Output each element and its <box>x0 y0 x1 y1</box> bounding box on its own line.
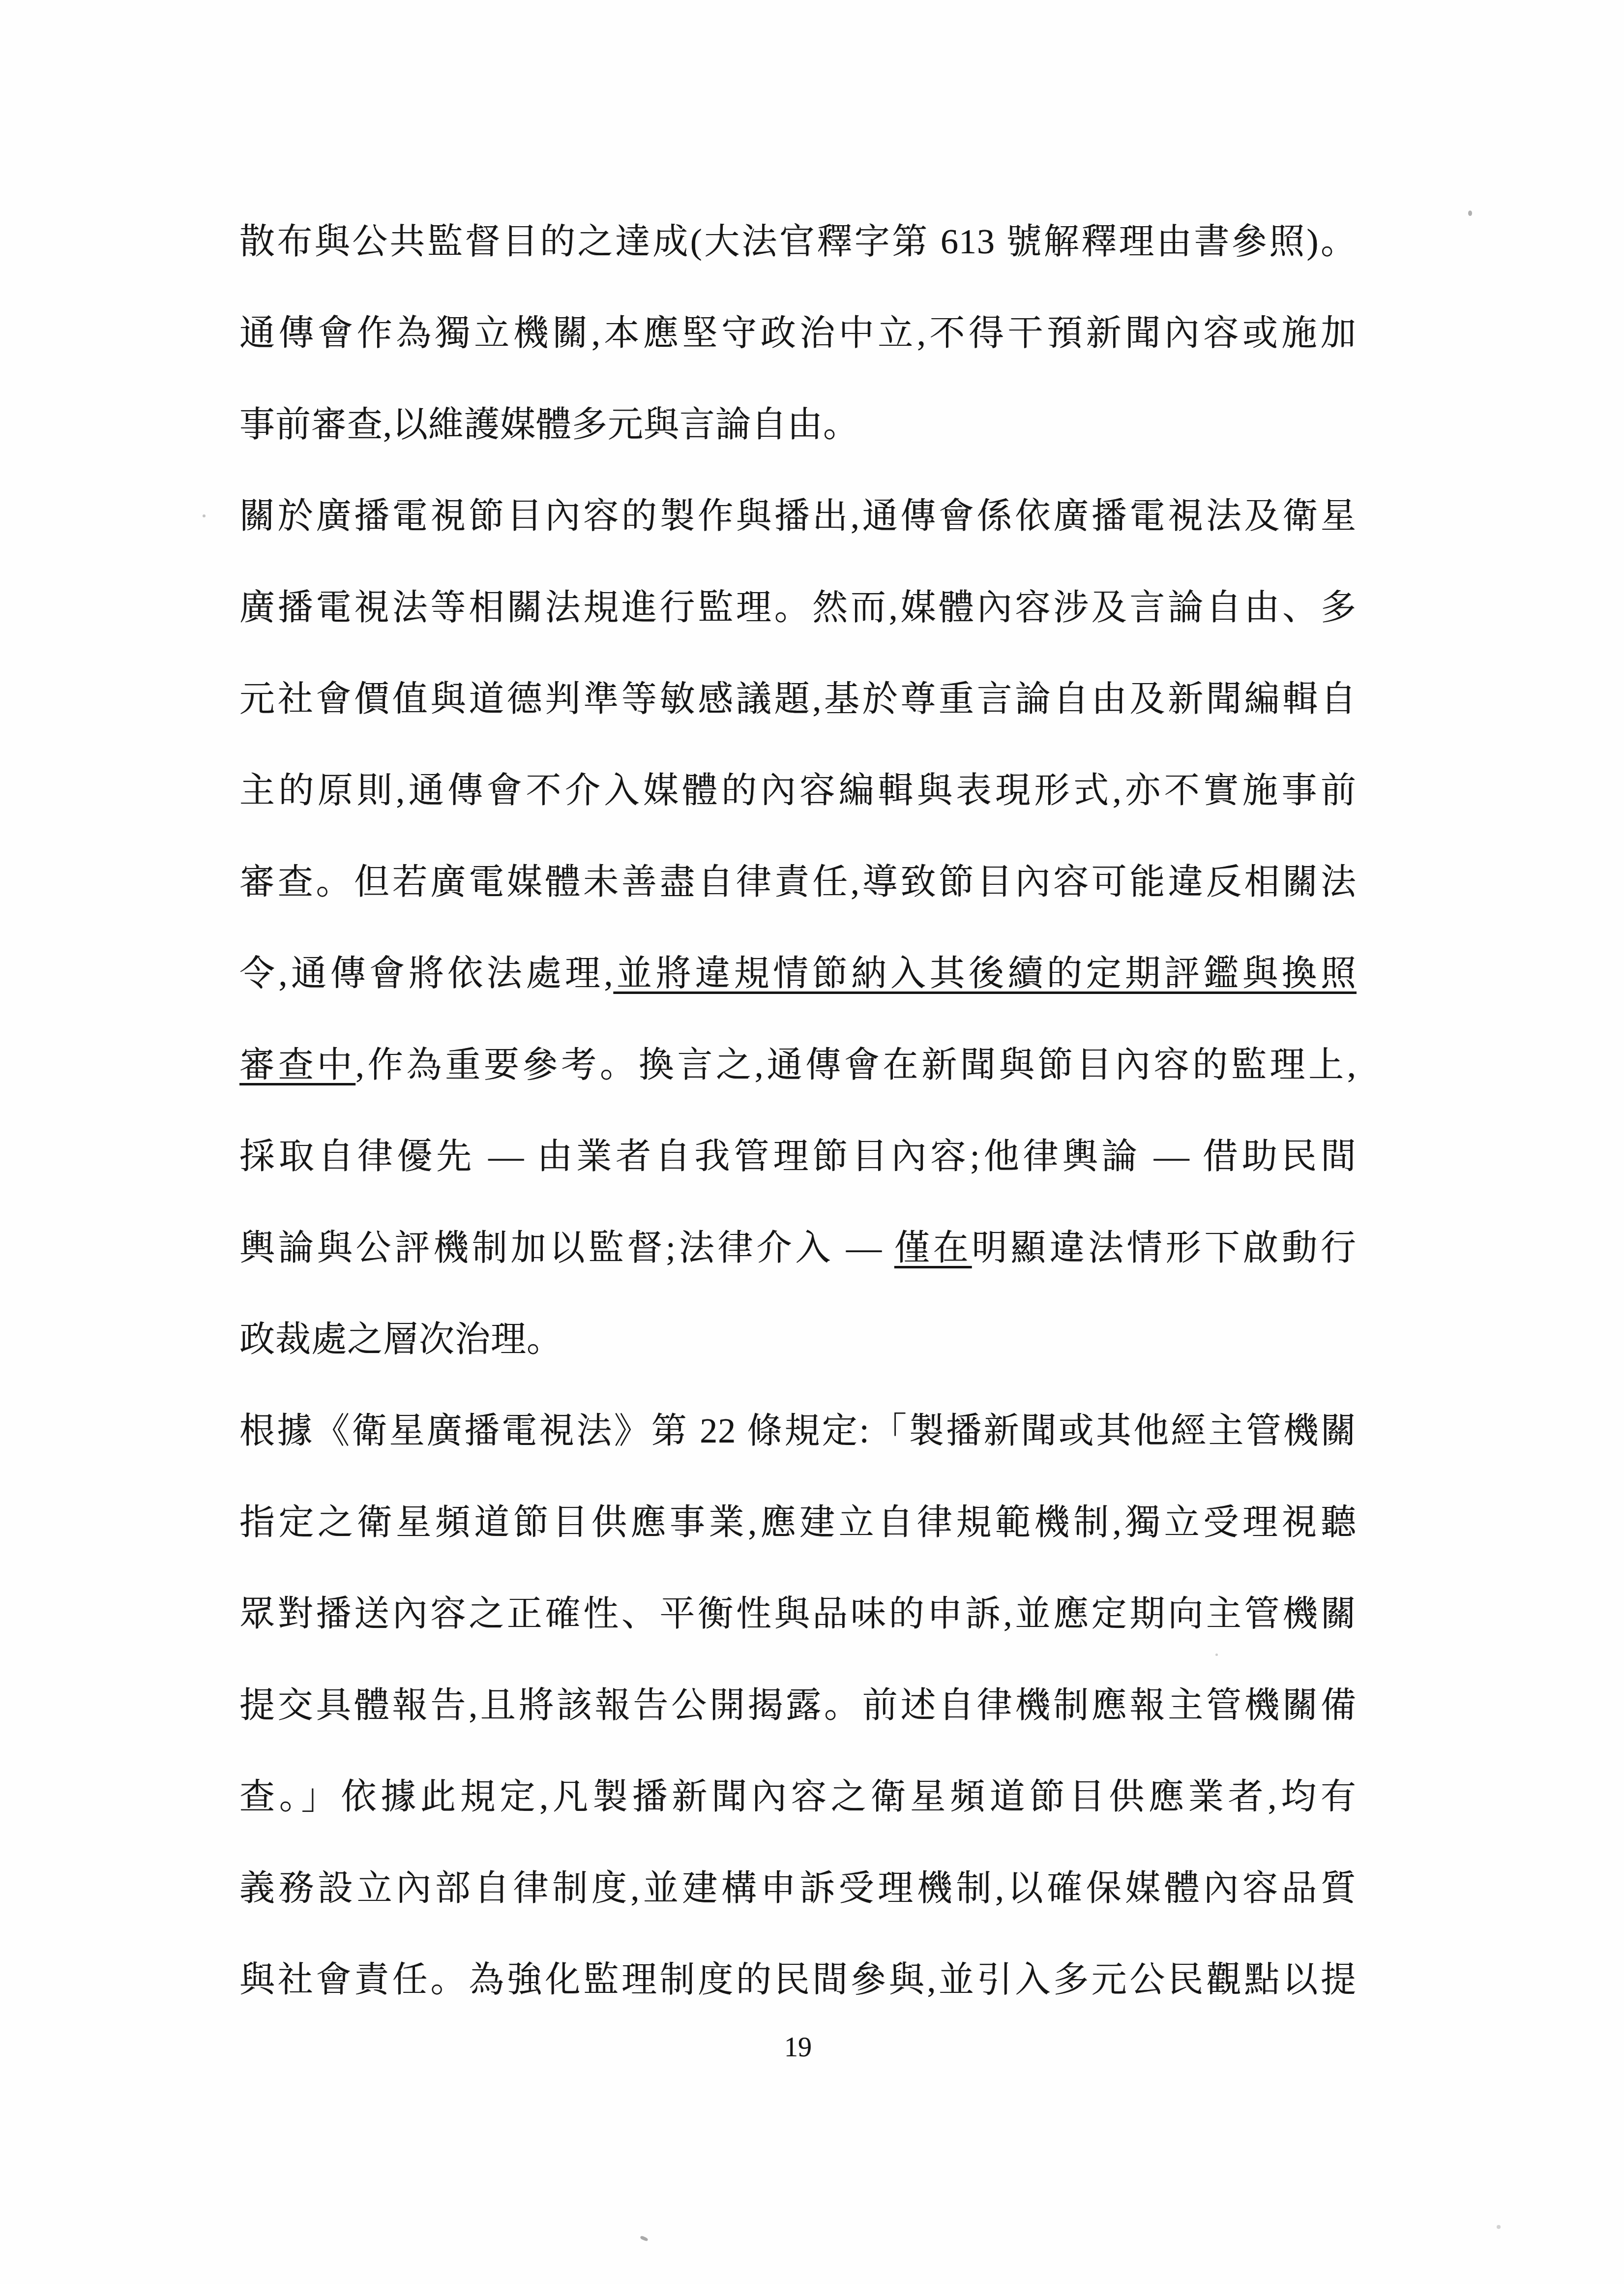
page-number: 19 <box>239 2025 1357 2070</box>
text-segment: 眾對播送內容之正確性、平衡性與品味的申訴,並應定期向主管機關 <box>239 1594 1357 1633</box>
text-segment: 指定之衛星頻道節目供應事業,應建立自律規範機制,獨立受理視聽 <box>239 1503 1357 1542</box>
text-line-2: 通傳會作為獨立機關,本應堅守政治中立,不得干預新聞內容或施加 <box>239 287 1357 379</box>
text-segment: 明顯違法情形下啟動行 <box>972 1228 1357 1267</box>
underlined-text: 審查中 <box>239 1045 355 1084</box>
underlined-text: 並將違規情節納入其後續的定期評鑑與換照 <box>614 954 1357 993</box>
scan-speck <box>640 2235 648 2242</box>
text-segment: 關於廣播電視節目內容的製作與播出,通傳會係依廣播電視法及衛星 <box>239 496 1357 536</box>
text-line-6: 元社會價值與道德判準等敏感議題,基於尊重言論自由及新聞編輯自 <box>239 653 1357 745</box>
document-page: 散布與公共監督目的之達成(大法官釋字第 613 號解釋理由書參照)。通傳會作為獨… <box>0 0 1624 2284</box>
text-line-19: 義務設立內部自律制度,並建構申訴受理機制,以確保媒體內容品質 <box>239 1842 1357 1934</box>
text-line-16: 眾對播送內容之正確性、平衡性與品味的申訴,並應定期向主管機關 <box>239 1568 1357 1659</box>
text-segment: 廣播電視法等相關法規進行監理。然而,媒體內容涉及言論自由、多 <box>239 588 1357 627</box>
scan-speck <box>1468 210 1472 216</box>
text-line-15: 指定之衛星頻道節目供應事業,應建立自律規範機制,獨立受理視聽 <box>239 1476 1357 1568</box>
text-segment: 事前審查,以維護媒體多元與言論自由。 <box>239 405 859 444</box>
text-segment: 主的原則,通傳會不介入媒體的內容編輯與表現形式,亦不實施事前 <box>239 771 1357 810</box>
text-segment: 政裁處之層次治理。 <box>239 1320 562 1359</box>
text-segment: 通傳會作為獨立機關,本應堅守政治中立,不得干預新聞內容或施加 <box>239 313 1357 353</box>
text-block: 散布與公共監督目的之達成(大法官釋字第 613 號解釋理由書參照)。通傳會作為獨… <box>239 196 1357 2025</box>
text-line-1: 散布與公共監督目的之達成(大法官釋字第 613 號解釋理由書參照)。 <box>239 196 1357 287</box>
scan-speck <box>1497 2225 1501 2229</box>
text-segment: 審查。但若廣電媒體未善盡自律責任,導致節目內容可能違反相關法 <box>239 862 1357 902</box>
scan-speck <box>203 514 206 517</box>
text-segment: 根據《衛星廣播電視法》第 22 條規定:「製播新聞或其他經主管機關 <box>239 1411 1357 1450</box>
text-line-18: 查。」依據此規定,凡製播新聞內容之衛星頻道節目供應業者,均有 <box>239 1751 1357 1842</box>
text-line-11: 採取自律優先 — 由業者自我管理節目內容;他律輿論 — 借助民間 <box>239 1111 1357 1202</box>
text-line-3: 事前審查,以維護媒體多元與言論自由。 <box>239 379 1357 470</box>
text-segment: 提交具體報告,且將該報告公開揭露。前述自律機制應報主管機關備 <box>239 1685 1357 1725</box>
text-line-12: 輿論與公評機制加以監督;法律介入 — 僅在明顯違法情形下啟動行 <box>239 1202 1357 1293</box>
text-line-9: 令,通傳會將依法處理,並將違規情節納入其後續的定期評鑑與換照 <box>239 928 1357 1019</box>
text-line-20: 與社會責任。為強化監理制度的民間參與,並引入多元公民觀點以提 <box>239 1934 1357 2025</box>
text-segment: 義務設立內部自律制度,並建構申訴受理機制,以確保媒體內容品質 <box>239 1868 1357 1908</box>
text-line-13: 政裁處之層次治理。 <box>239 1293 1357 1385</box>
text-line-7: 主的原則,通傳會不介入媒體的內容編輯與表現形式,亦不實施事前 <box>239 745 1357 836</box>
text-line-17: 提交具體報告,且將該報告公開揭露。前述自律機制應報主管機關備 <box>239 1659 1357 1751</box>
text-segment: 查。」依據此規定,凡製播新聞內容之衛星頻道節目供應業者,均有 <box>239 1777 1357 1816</box>
text-segment: ,作為重要參考。換言之,通傳會在新聞與節目內容的監理上, <box>355 1045 1357 1084</box>
text-line-10: 審查中,作為重要參考。換言之,通傳會在新聞與節目內容的監理上, <box>239 1019 1357 1111</box>
text-line-8: 審查。但若廣電媒體未善盡自律責任,導致節目內容可能違反相關法 <box>239 836 1357 928</box>
text-segment: 元社會價值與道德判準等敏感議題,基於尊重言論自由及新聞編輯自 <box>239 679 1357 719</box>
text-segment: 輿論與公評機制加以監督;法律介入 — <box>239 1228 894 1267</box>
text-segment: 令,通傳會將依法處理, <box>239 954 614 993</box>
underlined-text: 僅在 <box>894 1228 972 1267</box>
text-segment: 散布與公共監督目的之達成(大法官釋字第 613 號解釋理由書參照)。 <box>239 222 1357 261</box>
scan-speck <box>1215 1653 1218 1656</box>
text-segment: 採取自律優先 — 由業者自我管理節目內容;他律輿論 — 借助民間 <box>239 1137 1357 1176</box>
text-line-14: 根據《衛星廣播電視法》第 22 條規定:「製播新聞或其他經主管機關 <box>239 1385 1357 1476</box>
text-line-5: 廣播電視法等相關法規進行監理。然而,媒體內容涉及言論自由、多 <box>239 562 1357 653</box>
text-segment: 與社會責任。為強化監理制度的民間參與,並引入多元公民觀點以提 <box>239 1960 1357 1999</box>
text-line-4: 關於廣播電視節目內容的製作與播出,通傳會係依廣播電視法及衛星 <box>239 470 1357 562</box>
